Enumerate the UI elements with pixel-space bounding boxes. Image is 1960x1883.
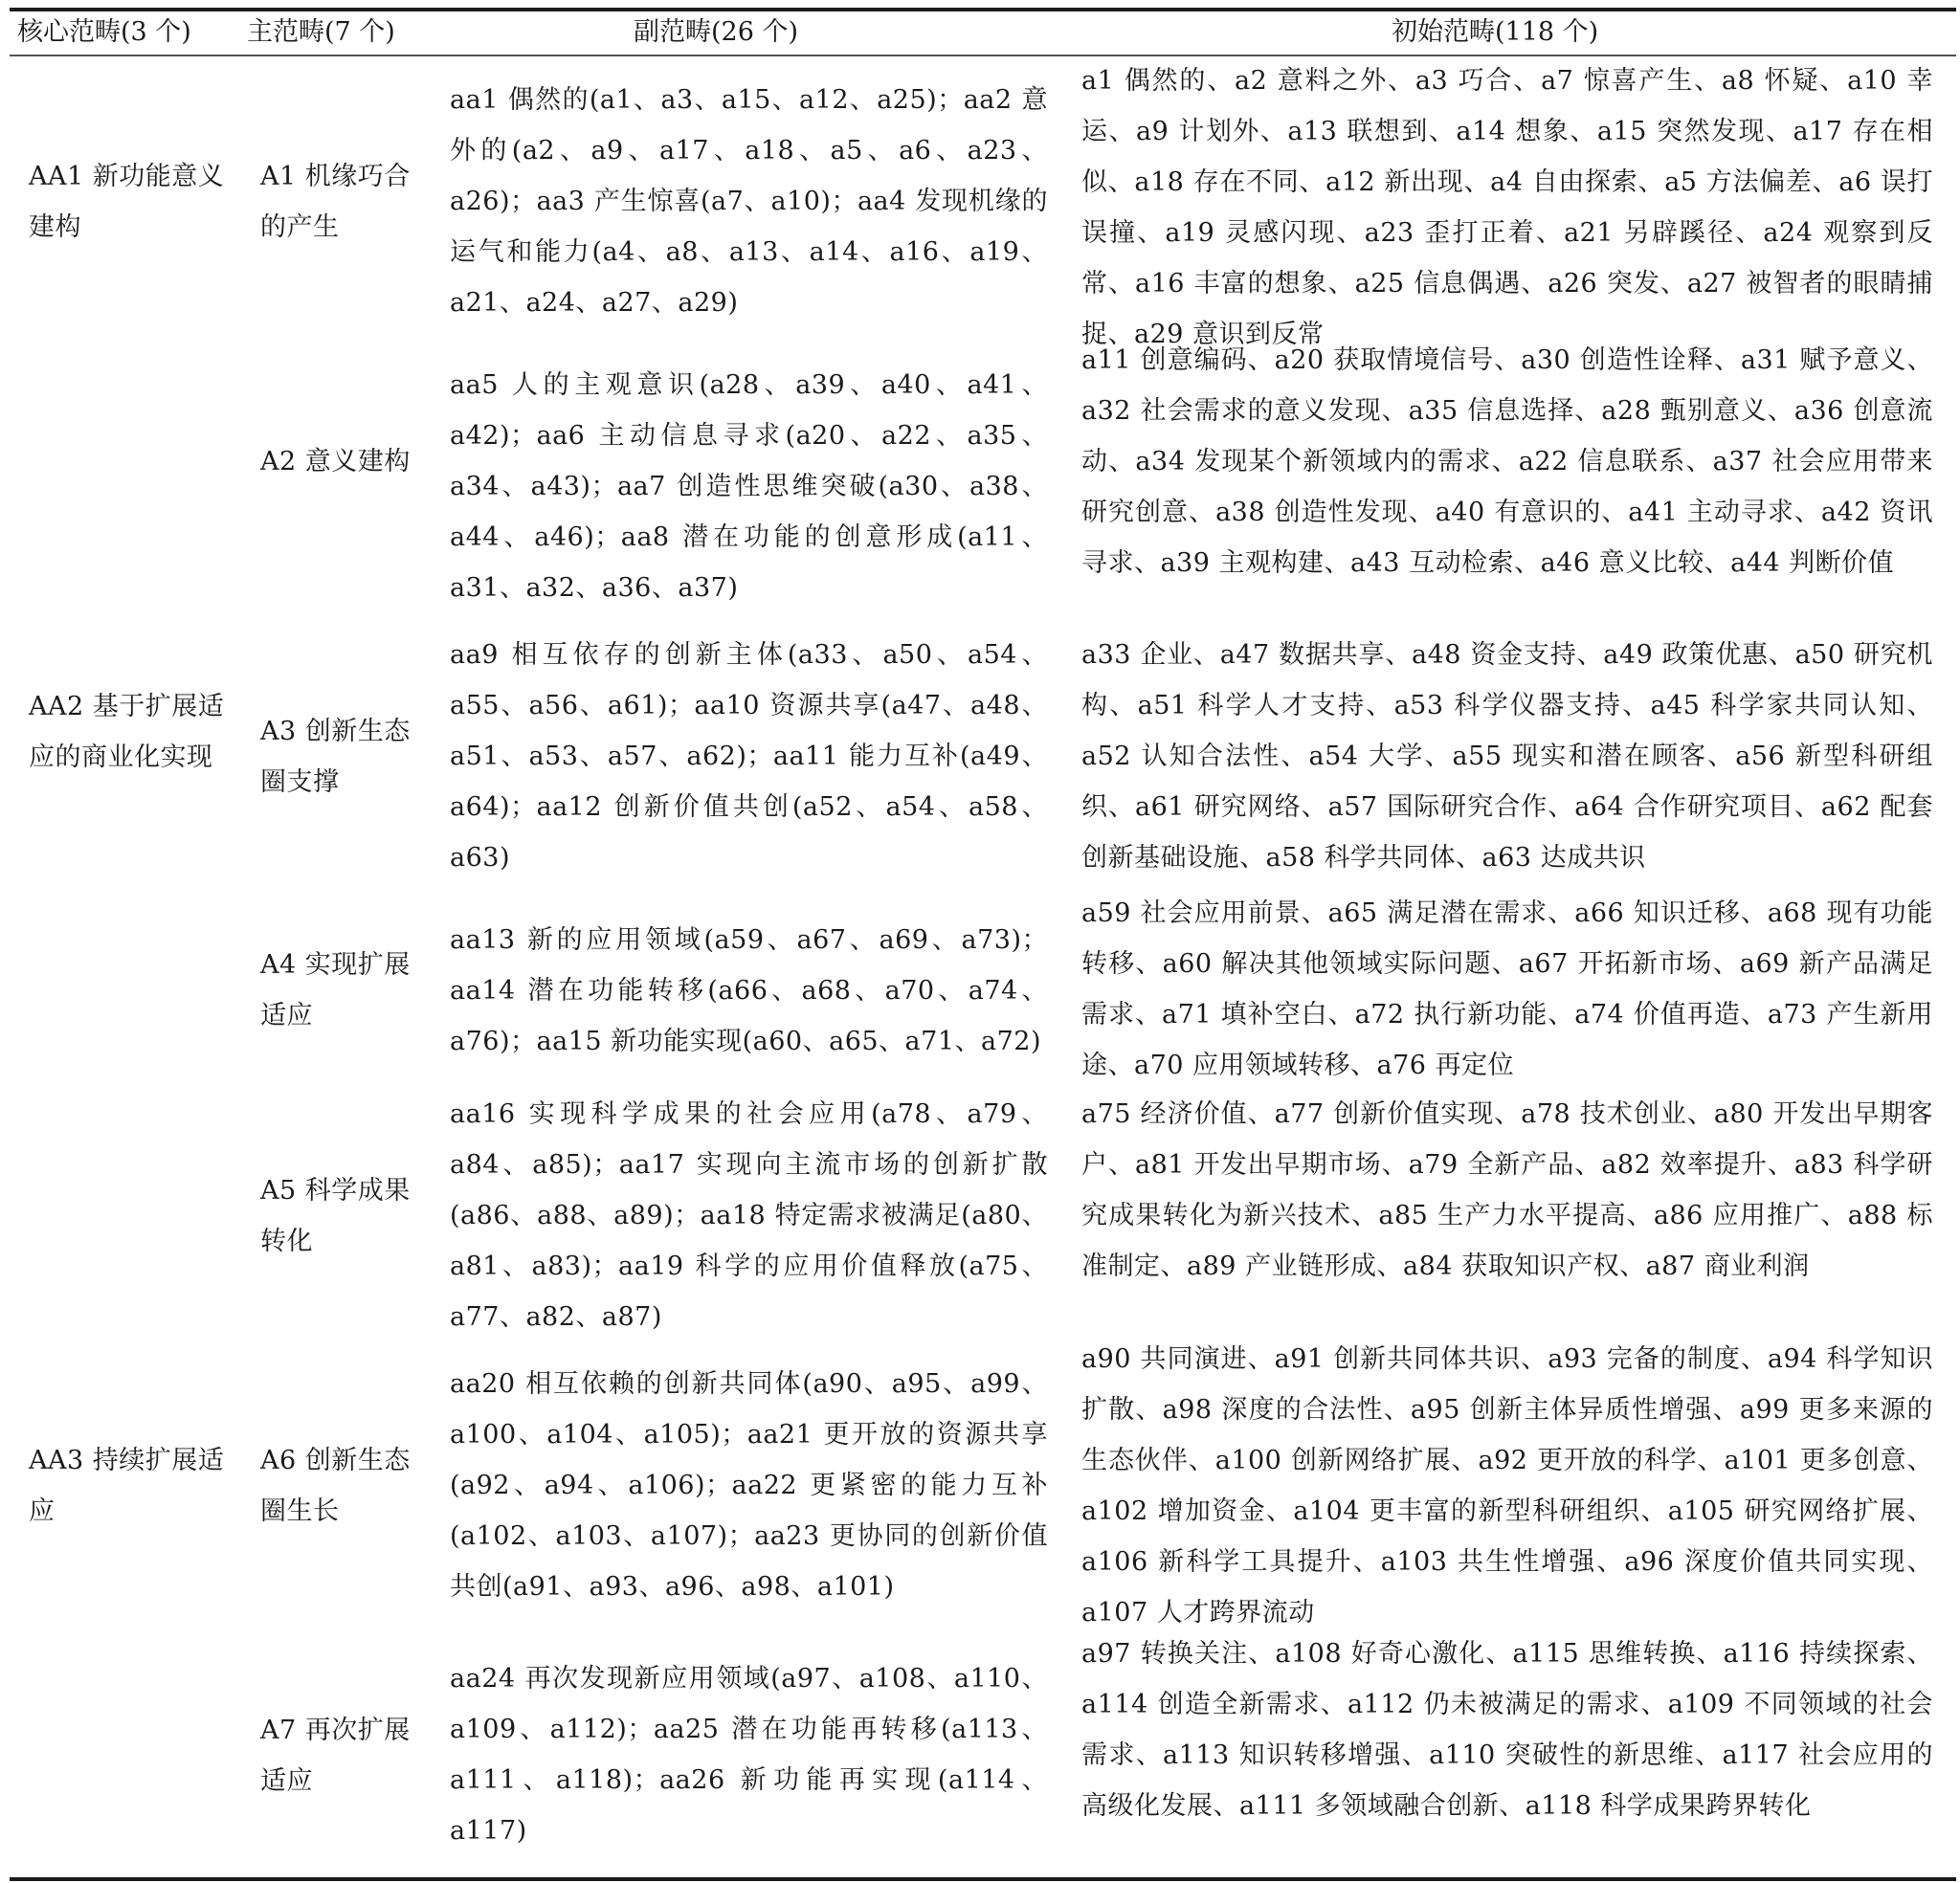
initial-category-cell: a1 偶然的、a2 意料之外、a3 巧合、a7 惊喜产生、a8 怀疑、a10 幸… bbox=[1081, 55, 1933, 360]
core-category-aa2: AA2 基于扩展适应的商业化实现 bbox=[29, 681, 230, 783]
main-category-a3: A3 创新生态圈支撑 bbox=[260, 706, 423, 808]
sub-category-cell: aa24 再次发现新应用领域(a97、a108、a110、a109、a112)；… bbox=[450, 1653, 1048, 1856]
table-top-rule bbox=[10, 8, 1956, 11]
header-initial-category: 初始范畴(118 个) bbox=[1392, 13, 1598, 52]
sub-category-cell: aa1 偶然的(a1、a3、a15、a12、a25)；aa2 意外的(a2、a9… bbox=[450, 75, 1048, 328]
sub-category-cell: aa5 人的主观意识(a28、a39、a40、a41、a42)；aa6 主动信息… bbox=[450, 360, 1048, 613]
header-core-category: 核心范畴(3 个) bbox=[17, 13, 191, 52]
header-sub-category: 副范畴(26 个) bbox=[634, 13, 798, 52]
sub-category-cell: aa9 相互依存的创新主体(a33、a50、a54、a55、a56、a61)；a… bbox=[450, 630, 1048, 883]
sub-category-cell: aa13 新的应用领域(a59、a67、a69、a73)；aa14 潜在功能转移… bbox=[450, 915, 1048, 1067]
main-category-a7: A7 再次扩展适应 bbox=[260, 1705, 423, 1806]
initial-category-cell: a33 企业、a47 数据共享、a48 资金支持、a49 政策优惠、a50 研究… bbox=[1081, 630, 1933, 883]
initial-category-cell: a90 共同演进、a91 创新共同体共识、a93 完备的制度、a94 科学知识扩… bbox=[1081, 1334, 1933, 1638]
main-category-a5: A5 科学成果转化 bbox=[260, 1165, 423, 1267]
core-category-aa3: AA3 持续扩展适应 bbox=[29, 1435, 230, 1537]
header-main-category: 主范畴(7 个) bbox=[247, 13, 395, 52]
initial-category-cell: a11 创意编码、a20 获取情境信号、a30 创造性诠释、a31 赋予意义、a… bbox=[1081, 335, 1933, 588]
table-bottom-rule bbox=[10, 1877, 1956, 1881]
initial-category-cell: a59 社会应用前景、a65 满足潜在需求、a66 知识迁移、a68 现有功能转… bbox=[1081, 888, 1933, 1091]
sub-category-cell: aa20 相互依赖的创新共同体(a90、a95、a99、a100、a104、a1… bbox=[450, 1359, 1048, 1612]
main-category-a4: A4 实现扩展适应 bbox=[260, 940, 423, 1041]
main-category-a6: A6 创新生态圈生长 bbox=[260, 1435, 423, 1537]
main-category-a2: A2 意义建构 bbox=[260, 436, 423, 487]
core-category-aa1: AA1 新功能意义建构 bbox=[29, 151, 230, 253]
initial-category-cell: a75 经济价值、a77 创新价值实现、a78 技术创业、a80 开发出早期客户… bbox=[1081, 1089, 1933, 1292]
main-category-a1: A1 机缘巧合的产生 bbox=[260, 151, 423, 253]
initial-category-cell: a97 转换关注、a108 好奇心激化、a115 思维转换、a116 持续探索、… bbox=[1081, 1628, 1933, 1831]
sub-category-cell: aa16 实现科学成果的社会应用(a78、a79、a84、a85)；aa17 实… bbox=[450, 1089, 1048, 1342]
